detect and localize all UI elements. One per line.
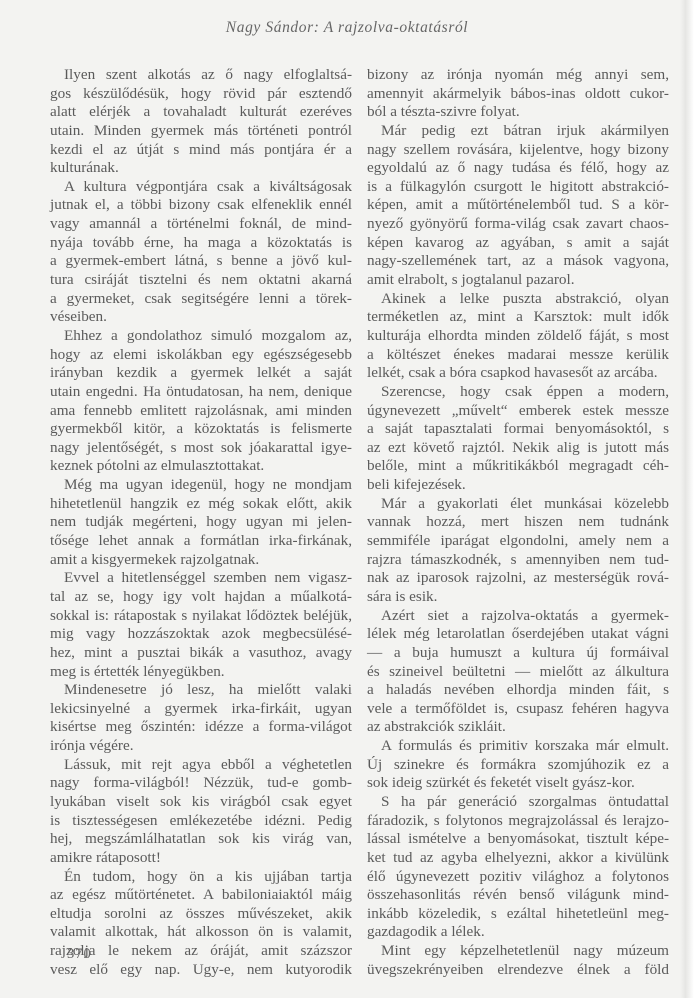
text-line: ama fennebb emlitett rajzolásnak, ami mi… [50, 402, 352, 421]
text-line: hihetetlenül hangzik ez még sokak előtt,… [50, 495, 352, 514]
text-line: lekicsinyelné a gyermek irka-firkáit, ug… [50, 700, 352, 719]
text-line: az abstrakciók szikláit. [367, 718, 669, 737]
text-line: is tisztességesen emlékezetébe idézni. P… [50, 812, 352, 831]
text-line: Mindenesetre jó lesz, ha mielőtt valaki [50, 681, 352, 700]
text-line: nagy jelentőségét, s most sok jóakaratta… [50, 439, 352, 458]
text-line: tősége lehet annak a formátlan irka-firk… [50, 532, 352, 551]
text-line: rajzra támaszkodnék, s amennyiben nem tu… [367, 551, 669, 570]
text-line: a költészet énekes madarai messze kerüli… [367, 346, 669, 365]
text-line: kulturának. [50, 159, 352, 178]
text-line: Már pedig ezt bátran irjuk akármilyen [367, 122, 669, 141]
text-line: valamit alkottak, hát alkosson ön is val… [50, 923, 352, 942]
text-line: úgynevezett „művelt“ emberek estek messz… [367, 402, 669, 421]
text-line: Azért siet a rajzolva-oktatás a gyermek- [367, 607, 669, 626]
text-line: ket tud az agyba elhelyezni, akkor a kiv… [367, 849, 669, 868]
text-line: Ehhez a gondolathoz simuló mozgalom az, [50, 327, 352, 346]
text-line: amikre rátaposott! [50, 849, 352, 868]
text-line: vele a termőföldet is, csupasz fehéren h… [367, 700, 669, 719]
text-line: sokkal is: rátapostak s nyilakat lődözte… [50, 607, 352, 626]
text-line: utain. Minden gyermek más történeti pont… [50, 122, 352, 141]
text-line: az ezt követő rajztól. Nekik alig is jut… [367, 439, 669, 458]
text-line: amennyit akármelyik bábos-inas oldott cu… [367, 85, 669, 104]
text-line: Ilyen szent alkotás az ő nagy elfoglalts… [50, 66, 352, 85]
text-line: hej, megszámlálhatatlan sok kis virág va… [50, 830, 352, 849]
text-line: amit a kisgyermekek rajzolgatnak. [50, 551, 352, 570]
text-line: kulturája elhordta minden zöldelő fáját,… [367, 327, 669, 346]
right-column: bizony az irónja nyomán még annyi sem,am… [367, 66, 669, 979]
page-number: 370 [67, 946, 92, 963]
text-line: keznek pótolni az elmulasztottakat. [50, 457, 352, 476]
text-line: Én tudom, hogy ön a kis ujjában tartja [50, 868, 352, 887]
text-line: a gyermeket, csak segitségére lenni a tö… [50, 290, 352, 309]
text-line: A formulás és primitiv korszaka már elmu… [367, 737, 669, 756]
text-line: nagy szellem rovására, kijelentve, hogy … [367, 141, 669, 160]
left-column: Ilyen szent alkotás az ő nagy elfoglalts… [50, 66, 352, 979]
text-line: beli kifejezések. [367, 476, 669, 495]
text-line: és szineivel beültetni — mielőtt az álku… [367, 663, 669, 682]
text-line: terméketlen az, mint a Karsztok: mult id… [367, 308, 669, 327]
text-line: nagy-szellemének tart, az a mások vagyon… [367, 252, 669, 271]
text-line: sok ideig szürkét és feketét viselt gyás… [367, 774, 669, 793]
text-line: bizony az irónja nyomán még annyi sem, [367, 66, 669, 85]
text-line: lással ismételve a benyomásokat, tisztul… [367, 830, 669, 849]
text-line: fáradozik, s folytonos megrajzolással és… [367, 812, 669, 831]
text-line: Már a gyakorlati élet munkásai közelebb [367, 495, 669, 514]
text-line: inkább közeledik, s ezáltal hihetetleünl… [367, 905, 669, 924]
text-line: kisértse meg őszintén: idézze a forma-vi… [50, 718, 352, 737]
text-line: hez, mint a pusztai bikák a vasuthoz, av… [50, 644, 352, 663]
text-line: mig vagy hozzászoktak azok megbecsülésé- [50, 625, 352, 644]
text-line: irányban kezdik a gyermek lelkét a saját [50, 364, 352, 383]
text-line: tal az se, hogy igy volt hajdan a műalko… [50, 588, 352, 607]
text-line: gos készülődésük, hogy rövid pár esztend… [50, 85, 352, 104]
running-head: Nagy Sándor: A rajzolva-oktatásról [0, 19, 694, 37]
text-line: nak az iparosok rajzolni, az mesterségük… [367, 569, 669, 588]
text-line: ból a tészta-szivre folyat. [367, 103, 669, 122]
text-line: utain engedni. Ha öntudatosan, ha nem, d… [50, 383, 352, 402]
text-line: S ha pár generáció szorgalmas öntudattal [367, 793, 669, 812]
text-line: Evvel a hitetlenséggel szemben nem vigas… [50, 569, 352, 588]
text-line: Még ma ugyan idegenül, hogy ne mondjam [50, 476, 352, 495]
text-line: meg is értették lényegükben. [50, 663, 352, 682]
text-line: gyermekből kitör, a közoktatás is felism… [50, 420, 352, 439]
page-edge-shadow [680, 0, 694, 998]
text-line: eltudja sorolni az összes művészeket, ak… [50, 905, 352, 924]
text-line: A kultura végpontjára csak a kiváltságos… [50, 178, 352, 197]
text-line: — a buja humuszt a kultura új formáival [367, 644, 669, 663]
text-line: alatt elérjék a tovahaladt kulturát ezer… [50, 103, 352, 122]
text-line: tura csiráját tisztelni és nem oktatni a… [50, 271, 352, 290]
text-line: a gyermek-embert látná, s benne a jövő k… [50, 252, 352, 271]
text-line: kezdi el az útját s mind más pontjára ér… [50, 141, 352, 160]
text-line: vannak hozzá, mert hiszen nem tudnánk [367, 513, 669, 532]
text-line: egyoldalú az ő nagy tudása és félő, hogy… [367, 159, 669, 178]
text-line: rajzolja le nekem az óráját, amit százsz… [50, 942, 352, 961]
text-line: lelkét, csak a bóra csapkod havasesőt az… [367, 364, 669, 383]
text-line: jutnak el, a többi bizony csak elfenekli… [50, 196, 352, 215]
text-line: Akinek a lelke puszta abstrakció, olyan [367, 290, 669, 309]
text-line: nyája tovább érne, ha maga a közoktatás … [50, 234, 352, 253]
text-line: élő úgynevezett pozitiv világhoz a folyt… [367, 868, 669, 887]
text-line: belőle, mint a műkritikákból megragadt c… [367, 457, 669, 476]
text-line: a saját tapasztalati formai benyomásoktó… [367, 420, 669, 439]
text-line: véseiben. [50, 308, 352, 327]
text-line: képen, amit a műtörténelemből tud. S a k… [367, 196, 669, 215]
text-line: a haladás nevében elhordja minden fáit, … [367, 681, 669, 700]
text-line: amit elrabolt, s jogtalanul pazarol. [367, 271, 669, 290]
text-line: lyukában viselt sok kis virágból csak eg… [50, 793, 352, 812]
text-line: irónja végére. [50, 737, 352, 756]
text-line: nagy forma-világból! Nézzük, tud-e gomb- [50, 774, 352, 793]
text-line: Szerencse, hogy csak éppen a modern, [367, 383, 669, 402]
text-line: lélek még letarolatlan őserdejében utaka… [367, 625, 669, 644]
text-line: semmiféle iparágat elgondolni, amely nem… [367, 532, 669, 551]
text-line: gazdagodik a lélek. [367, 923, 669, 942]
text-line: vesz elő egy nap. Ugy-e, nem kutyorodik [50, 961, 352, 980]
text-line: üvegszekrényeiben elrendezve élnek a föl… [367, 961, 669, 980]
text-line: képen kavarog az agyában, s amit a saját [367, 234, 669, 253]
text-line: vagy amannál a történelmi foknál, de min… [50, 215, 352, 234]
text-line: Új szinekre és formákra szomjúhozik ez a [367, 756, 669, 775]
text-line: hogy az elemi iskolákban egy egészségese… [50, 346, 352, 365]
text-line: nyező gyönyörű forma-világ csak zavart c… [367, 215, 669, 234]
text-line: az egész műtörténetet. A babiloniaiaktól… [50, 886, 352, 905]
text-line: Lássuk, mit rejt agya ebből a véghetetle… [50, 756, 352, 775]
text-line: sára is esik. [367, 588, 669, 607]
text-line: összehasonlitás révén benső világunk min… [367, 886, 669, 905]
text-line: Mint egy képzelhetetlenül nagy múzeum [367, 942, 669, 961]
text-line: is a fülkagylón csurgott le higitott abs… [367, 178, 669, 197]
text-line: nem tudják megérteni, hogy ugyan mi jele… [50, 513, 352, 532]
